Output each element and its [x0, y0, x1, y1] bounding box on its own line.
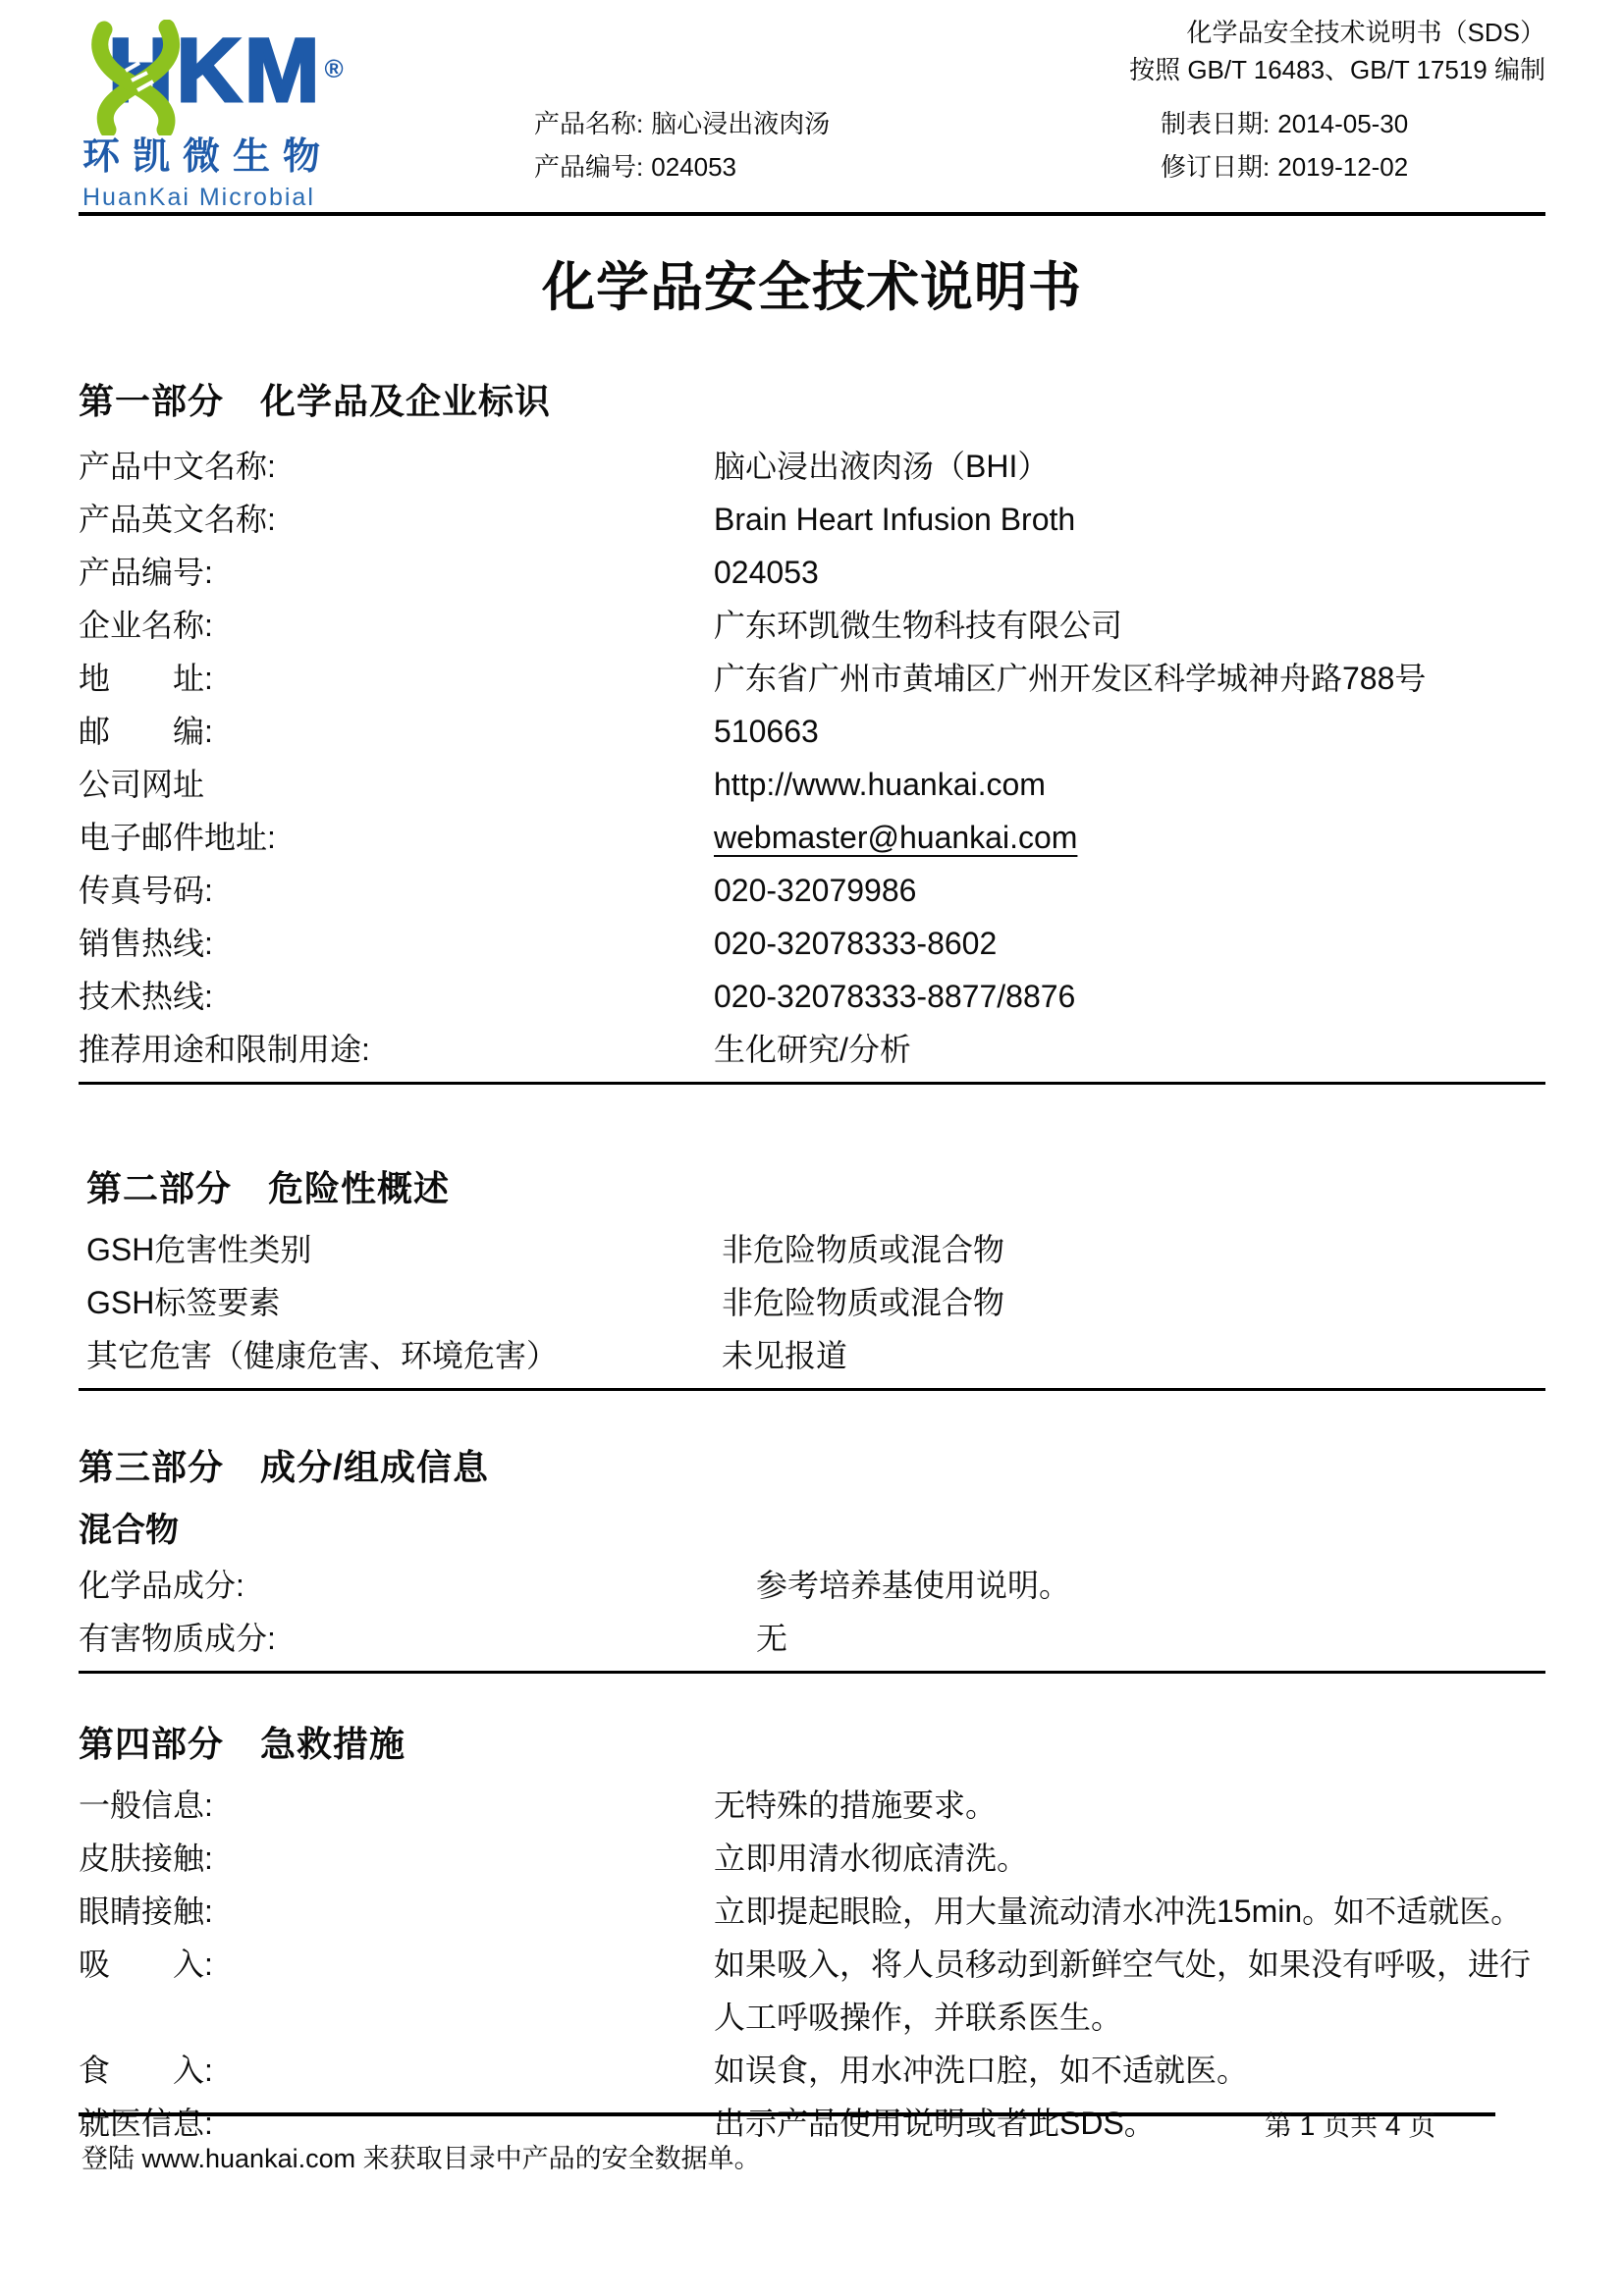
field-label: 公司网址 [79, 758, 714, 811]
section-3-heading: 第三部分 成分/组成信息 [79, 1440, 1545, 1490]
row-product-code: 产品编号: 024053 [79, 546, 1545, 599]
row-address: 地 址: 广东省广州市黄埔区广州开发区科学城神舟路788号 [79, 652, 1545, 705]
section-identification: 第一部分 化学品及企业标识 产品中文名称: 脑心浸出液肉汤（BHI） 产品英文名… [79, 374, 1545, 1085]
field-label: GSH标签要素 [86, 1276, 722, 1329]
section-1-rows: 产品中文名称: 脑心浸出液肉汤（BHI） 产品英文名称: Brain Heart… [79, 440, 1545, 1076]
product-name-pair: 产品名称:脑心浸出液肉汤 [534, 106, 830, 141]
product-code-label: 产品编号: [534, 152, 643, 182]
header-product-row: 产品名称:脑心浸出液肉汤 制表日期:2014-05-30 [534, 106, 1545, 141]
revised-date-label: 修订日期: [1161, 152, 1270, 182]
field-label: 化学品成分: [79, 1559, 756, 1612]
row-gsh-hazard-class: GSH危害性类别 非危险物质或混合物 [86, 1223, 1545, 1276]
row-email: 电子邮件地址: webmaster@huankai.com [79, 811, 1545, 864]
field-label: 推荐用途和限制用途: [79, 1023, 714, 1076]
section-2-rows: GSH危害性类别 非危险物质或混合物 GSH标签要素 非危险物质或混合物 其它危… [79, 1223, 1545, 1382]
row-company-name: 企业名称: 广东环凯微生物科技有限公司 [79, 599, 1545, 652]
sds-document-page: HKM® 环凯微生物 HuanKai Microbial 化学品安全技术说明书（… [0, 0, 1624, 2296]
field-label: 一般信息: [79, 1779, 714, 1832]
field-label: 电子邮件地址: [79, 811, 714, 864]
field-value: 立即提起眼睑，用大量流动清水冲洗15min。如不适就医。 [714, 1885, 1545, 1938]
field-label: 其它危害（健康危害、环境危害） [86, 1329, 722, 1382]
document-title: 化学品安全技术说明书 [79, 245, 1545, 321]
logo-mark: HKM® [108, 22, 367, 124]
row-general-info: 一般信息: 无特殊的措施要求。 [79, 1779, 1545, 1832]
section-2-divider [79, 1388, 1545, 1391]
section-1-divider [79, 1082, 1545, 1085]
doc-type-line: 化学品安全技术说明书（SDS） [534, 14, 1545, 51]
section-hazards: 第二部分 危险性概述 GSH危害性类别 非危险物质或混合物 GSH标签要素 非危… [79, 1161, 1545, 1391]
section-2-heading: 第二部分 危险性概述 [79, 1161, 1545, 1211]
field-value: 无特殊的措施要求。 [714, 1779, 1545, 1832]
field-label: 眼睛接触: [79, 1885, 714, 1938]
field-value: 020-32079986 [714, 864, 1545, 917]
field-label: 地 址: [79, 652, 714, 705]
field-label: 企业名称: [79, 599, 714, 652]
revised-date-pair: 修订日期:2019-12-02 [1161, 149, 1545, 185]
created-date-pair: 制表日期:2014-05-30 [1161, 106, 1545, 141]
row-sales-hotline: 销售热线: 020-32078333-8602 [79, 917, 1545, 970]
row-fax: 传真号码: 020-32079986 [79, 864, 1545, 917]
field-value: 如果吸入，将人员移动到新鲜空气处，如果没有呼吸，进行人工呼吸操作，并联系医生。 [714, 1938, 1545, 2044]
field-value: 参考培养基使用说明。 [756, 1559, 1545, 1612]
row-postcode: 邮 编: 510663 [79, 705, 1545, 758]
field-label: 有害物质成分: [79, 1612, 756, 1665]
field-value: 024053 [714, 546, 1545, 599]
field-label: 吸 入: [79, 1938, 714, 2044]
field-value: 脑心浸出液肉汤（BHI） [714, 440, 1545, 493]
field-value: 非危险物质或混合物 [722, 1223, 1545, 1276]
field-label: 皮肤接触: [79, 1832, 714, 1885]
section-3-rows: 化学品成分: 参考培养基使用说明。 有害物质成分: 无 [79, 1559, 1545, 1665]
field-value: 广东省广州市黄埔区广州开发区科学城神舟路788号 [714, 652, 1545, 705]
product-name-label: 产品名称: [534, 109, 643, 138]
row-gsh-label-elements: GSH标签要素 非危险物质或混合物 [86, 1276, 1545, 1329]
row-tech-hotline: 技术热线: 020-32078333-8877/8876 [79, 970, 1545, 1023]
row-eye-contact: 眼睛接触: 立即提起眼睑，用大量流动清水冲洗15min。如不适就医。 [79, 1885, 1545, 1938]
row-product-en-name: 产品英文名称: Brain Heart Infusion Broth [79, 493, 1545, 546]
section-first-aid: 第四部分 急救措施 一般信息: 无特殊的措施要求。 皮肤接触: 立即用清水彻底清… [79, 1717, 1545, 2150]
field-value: 如误食，用水冲洗口腔，如不适就医。 [714, 2044, 1545, 2097]
created-date-label: 制表日期: [1161, 109, 1270, 138]
row-inhalation: 吸 入: 如果吸入，将人员移动到新鲜空气处，如果没有呼吸，进行人工呼吸操作，并联… [79, 1938, 1545, 2044]
header-code-row: 产品编号:024053 修订日期:2019-12-02 [534, 149, 1545, 185]
row-hazardous-composition: 有害物质成分: 无 [79, 1612, 1545, 1665]
standard-line: 按照 GB/T 16483、GB/T 17519 编制 [534, 51, 1545, 88]
field-label: 产品英文名称: [79, 493, 714, 546]
field-label: 产品中文名称: [79, 440, 714, 493]
page-number: 第 1 页共 4 页 [1265, 2110, 1435, 2142]
field-value: Brain Heart Infusion Broth [714, 493, 1545, 546]
section-4-heading: 第四部分 急救措施 [79, 1717, 1545, 1767]
row-website: 公司网址 http://www.huankai.com [79, 758, 1545, 811]
row-chemical-composition: 化学品成分: 参考培养基使用说明。 [79, 1559, 1545, 1612]
field-value: 未见报道 [722, 1329, 1545, 1382]
registered-trademark-icon: ® [325, 54, 344, 83]
logo-english-name: HuanKai Microbial [82, 184, 367, 212]
field-value: 020-32078333-8602 [714, 917, 1545, 970]
field-label: 技术热线: [79, 970, 714, 1023]
field-value: http://www.huankai.com [714, 758, 1545, 811]
mixture-subheading: 混合物 [79, 1506, 1545, 1555]
row-ingestion: 食 入: 如误食，用水冲洗口腔，如不适就医。 [79, 2044, 1545, 2097]
section-3-divider [79, 1671, 1545, 1674]
footer-note: 登陆 www.huankai.com 来获取目录中产品的安全数据单。 [81, 2141, 761, 2176]
field-value: 无 [756, 1612, 1545, 1665]
row-skin-contact: 皮肤接触: 立即用清水彻底清洗。 [79, 1832, 1545, 1885]
header-meta: 化学品安全技术说明书（SDS） 按照 GB/T 16483、GB/T 17519… [534, 14, 1545, 185]
header-divider [79, 212, 1545, 216]
revised-date-value: 2019-12-02 [1277, 152, 1408, 182]
dna-helix-icon [79, 20, 204, 135]
field-value: 生化研究/分析 [714, 1023, 1545, 1076]
field-value: 020-32078333-8877/8876 [714, 970, 1545, 1023]
field-value: 立即用清水彻底清洗。 [714, 1832, 1545, 1885]
field-value: 510663 [714, 705, 1545, 758]
section-4-rows: 一般信息: 无特殊的措施要求。 皮肤接触: 立即用清水彻底清洗。 眼睛接触: 立… [79, 1779, 1545, 2150]
product-code-value: 024053 [651, 152, 736, 182]
product-code-pair: 产品编号:024053 [534, 149, 736, 185]
section-1-heading: 第一部分 化学品及企业标识 [79, 374, 1545, 424]
product-name-value: 脑心浸出液肉汤 [651, 109, 830, 138]
page-header: HKM® 环凯微生物 HuanKai Microbial 化学品安全技术说明书（… [79, 0, 1545, 212]
field-label: 销售热线: [79, 917, 714, 970]
row-product-cn-name: 产品中文名称: 脑心浸出液肉汤（BHI） [79, 440, 1545, 493]
field-value: 广东环凯微生物科技有限公司 [714, 599, 1545, 652]
field-label: 邮 编: [79, 705, 714, 758]
row-other-hazards: 其它危害（健康危害、环境危害） 未见报道 [86, 1329, 1545, 1382]
company-logo: HKM® 环凯微生物 HuanKai Microbial [82, 22, 367, 212]
field-label: 产品编号: [79, 546, 714, 599]
row-recommended-use: 推荐用途和限制用途: 生化研究/分析 [79, 1023, 1545, 1076]
field-value[interactable]: webmaster@huankai.com [714, 811, 1545, 864]
field-label: GSH危害性类别 [86, 1223, 722, 1276]
section-composition: 第三部分 成分/组成信息 混合物 化学品成分: 参考培养基使用说明。 有害物质成… [79, 1440, 1545, 1674]
created-date-value: 2014-05-30 [1277, 109, 1408, 138]
field-label: 食 入: [79, 2044, 714, 2097]
field-value: 非危险物质或混合物 [722, 1276, 1545, 1329]
field-label: 传真号码: [79, 864, 714, 917]
